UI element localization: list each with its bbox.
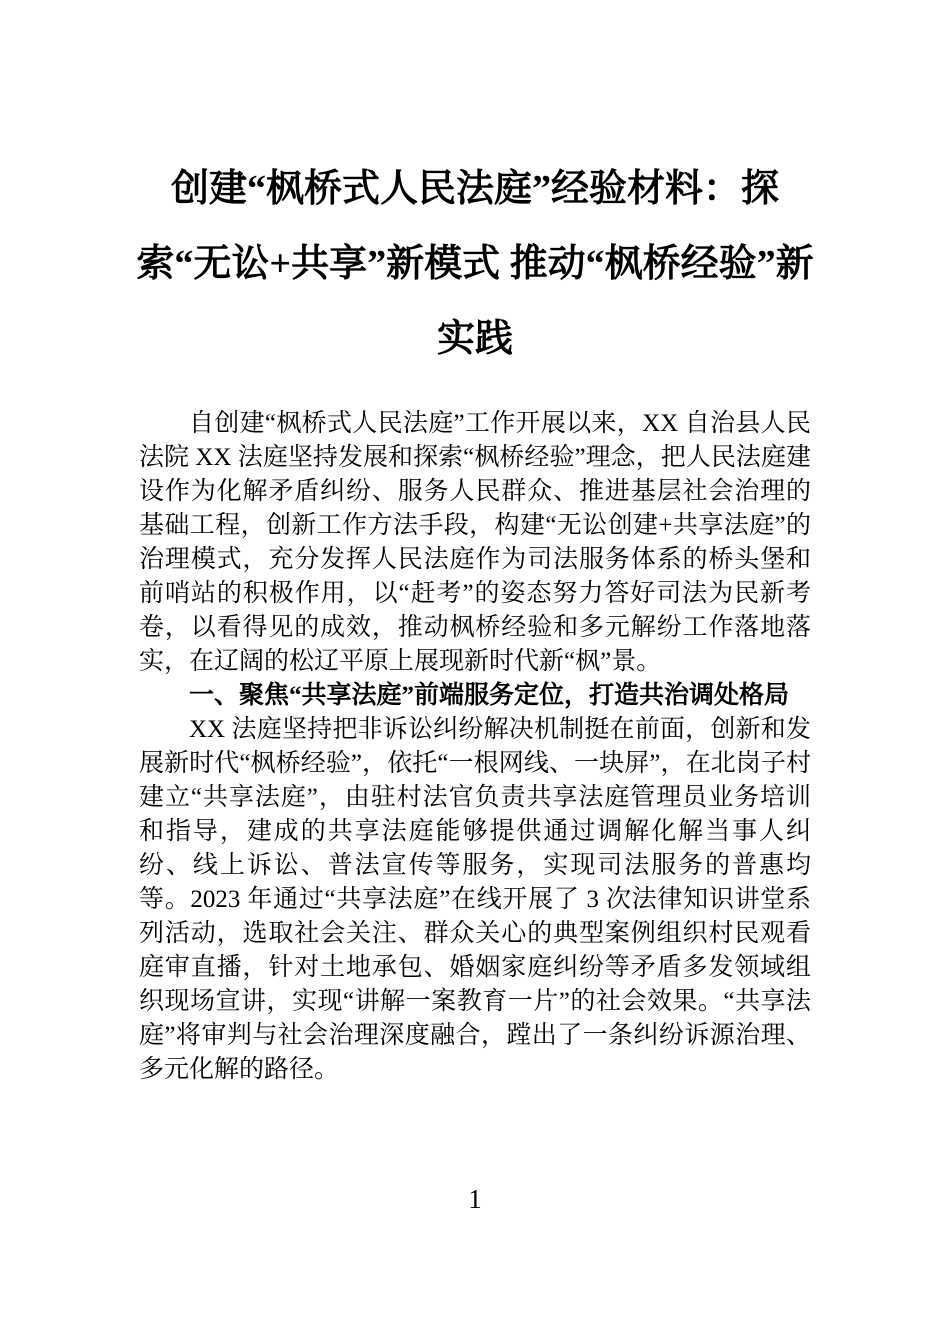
body-paragraph: 自创建“枫桥式人民法庭”工作开展以来，XX 自治县人民法院 XX 法庭坚持发展和… [139, 407, 811, 679]
section-heading: 一、聚焦“共享法庭”前端服务定位，打造共治调处格局 [139, 679, 811, 713]
document-body: 自创建“枫桥式人民法庭”工作开展以来，XX 自治县人民法院 XX 法庭坚持发展和… [139, 407, 811, 1087]
page-number: 1 [0, 1182, 950, 1216]
document-title: 创建“枫桥式人民法庭”经验材料：探索“无讼+共享”新模式 推动“枫桥经验”新实践 [129, 152, 821, 377]
document-page: 创建“枫桥式人民法庭”经验材料：探索“无讼+共享”新模式 推动“枫桥经验”新实践… [0, 0, 950, 1344]
body-paragraph: XX 法庭坚持把非诉讼纠纷解决机制挺在前面，创新和发展新时代“枫桥经验”，依托“… [139, 713, 811, 1087]
